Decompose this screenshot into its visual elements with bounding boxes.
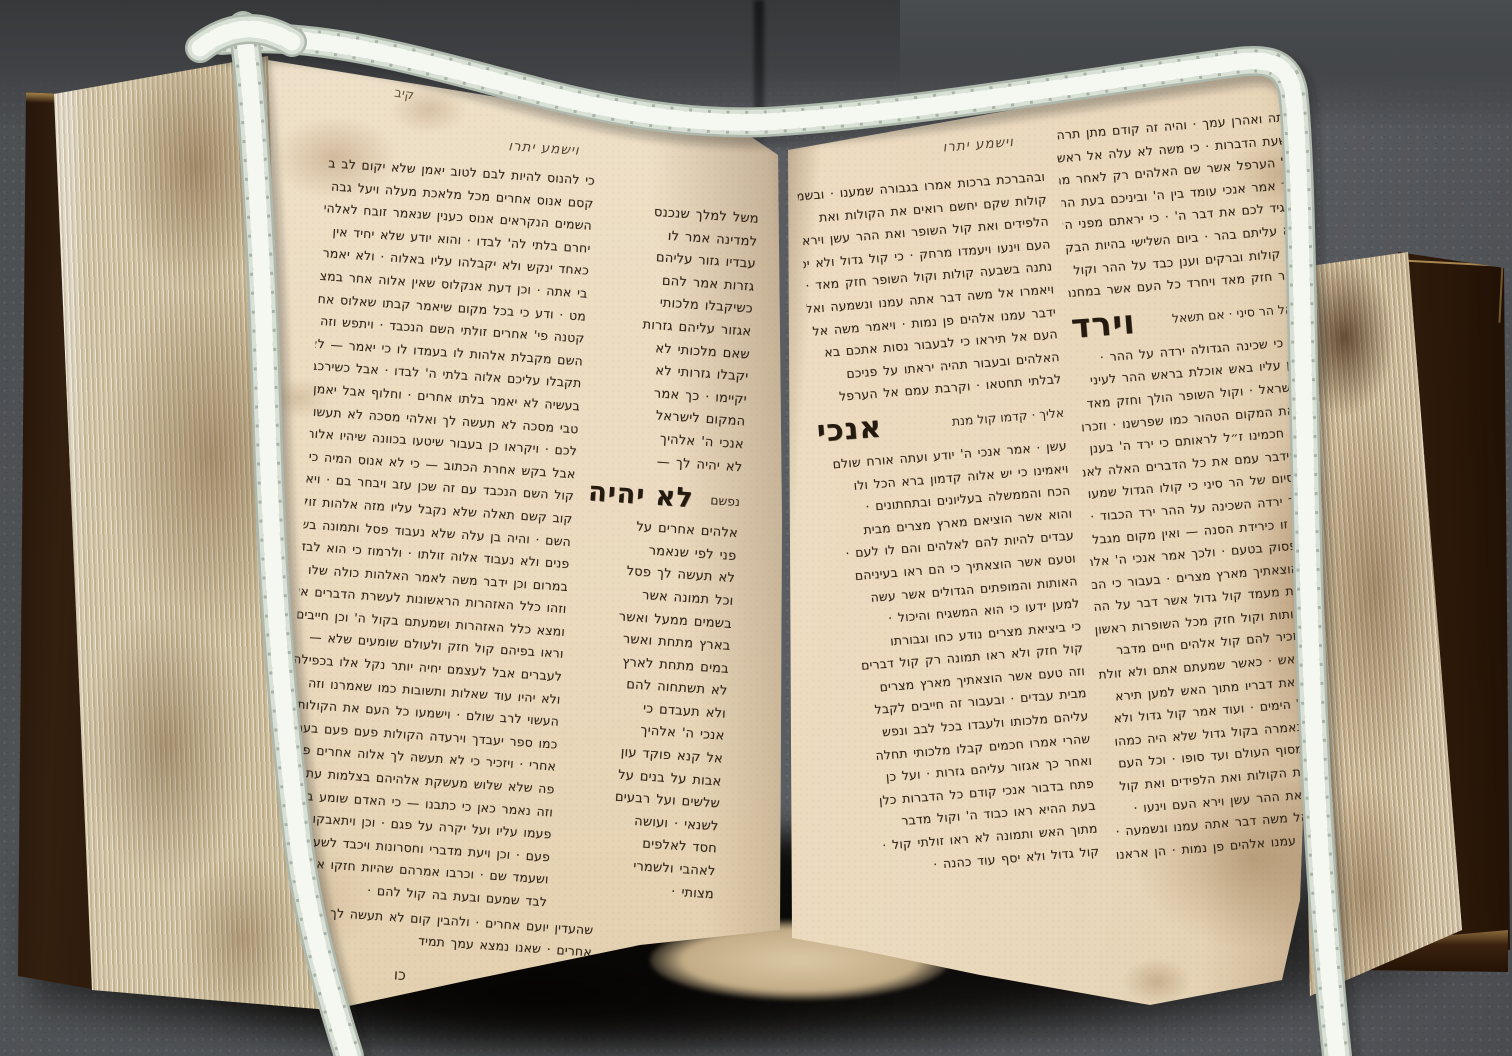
cord-top-and-right-segment <box>222 38 1337 1056</box>
photograph-open-hebrew-book: קיב וישמע יתרו משל למלך שנכנסלמדינה אמר … <box>0 0 1512 1056</box>
bookmark-cord <box>0 0 1512 1056</box>
cord-shadow <box>228 34 1343 1056</box>
cord-left-segment <box>243 26 349 1056</box>
